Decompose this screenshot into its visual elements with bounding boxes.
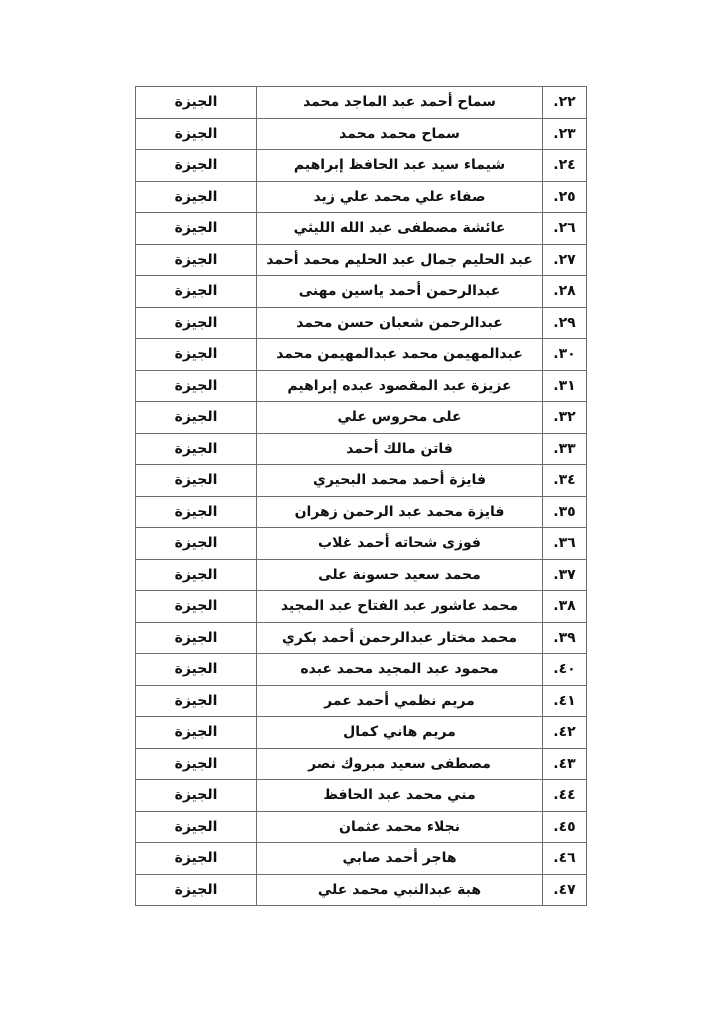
person-name: فايزة أحمد محمد البحيري (257, 465, 543, 497)
person-name: محمود عبد المجيد محمد عبده (257, 654, 543, 686)
row-number: ٢٧. (543, 244, 587, 276)
row-number: ٢٤. (543, 150, 587, 182)
governorate-cell: الجيزة (136, 402, 257, 434)
person-name: فوزى شحاته أحمد غلاب (257, 528, 543, 560)
person-name: فاتن مالك أحمد (257, 433, 543, 465)
governorate-cell: الجيزة (136, 496, 257, 528)
table-row: ٤٤.مني محمد عبد الحافظالجيزة (136, 780, 587, 812)
person-name: عبدالرحمن شعبان حسن محمد (257, 307, 543, 339)
row-number: ٣٣. (543, 433, 587, 465)
row-number: ٢٩. (543, 307, 587, 339)
person-name: هبة عبدالنبي محمد علي (257, 874, 543, 906)
person-name: سماح محمد محمد (257, 118, 543, 150)
table-row: ٢٥.صفاء علي محمد علي زيدالجيزة (136, 181, 587, 213)
row-number: ٣٠. (543, 339, 587, 371)
row-number: ٢٨. (543, 276, 587, 308)
governorate-cell: الجيزة (136, 150, 257, 182)
governorate-cell: الجيزة (136, 591, 257, 623)
governorate-cell: الجيزة (136, 465, 257, 497)
row-number: ٢٢. (543, 87, 587, 119)
governorate-cell: الجيزة (136, 276, 257, 308)
row-number: ٢٥. (543, 181, 587, 213)
governorate-cell: الجيزة (136, 118, 257, 150)
names-table-body: ٢٢.سماح أحمد عبد الماجد محمدالجيزة٢٣.سما… (136, 87, 587, 906)
table-row: ٣٣.فاتن مالك أحمدالجيزة (136, 433, 587, 465)
person-name: هاجر أحمد صابي (257, 843, 543, 875)
person-name: مريم هاني كمال (257, 717, 543, 749)
row-number: ٢٦. (543, 213, 587, 245)
governorate-cell: الجيزة (136, 717, 257, 749)
document-page: ٢٢.سماح أحمد عبد الماجد محمدالجيزة٢٣.سما… (0, 0, 720, 1018)
table-row: ٢٦.عائشة مصطفى عبد الله الليثيالجيزة (136, 213, 587, 245)
governorate-cell: الجيزة (136, 874, 257, 906)
table-row: ٢٨.عبدالرحمن أحمد ياسين مهنىالجيزة (136, 276, 587, 308)
person-name: عبد الحليم جمال عبد الحليم محمد أحمد (257, 244, 543, 276)
person-name: عزيزة عبد المقصود عبده إبراهيم (257, 370, 543, 402)
governorate-cell: الجيزة (136, 559, 257, 591)
table-row: ٤٣.مصطفى سعيد مبروك نصرالجيزة (136, 748, 587, 780)
row-number: ٤٦. (543, 843, 587, 875)
table-row: ٢٤.شيماء سيد عبد الحافظ إبراهيمالجيزة (136, 150, 587, 182)
row-number: ٢٣. (543, 118, 587, 150)
governorate-cell: الجيزة (136, 370, 257, 402)
governorate-cell: الجيزة (136, 244, 257, 276)
person-name: مصطفى سعيد مبروك نصر (257, 748, 543, 780)
table-row: ٣٠.عبدالمهيمن محمد عبدالمهيمن محمدالجيزة (136, 339, 587, 371)
governorate-cell: الجيزة (136, 307, 257, 339)
person-name: نجلاء محمد عثمان (257, 811, 543, 843)
person-name: عبدالرحمن أحمد ياسين مهنى (257, 276, 543, 308)
governorate-cell: الجيزة (136, 843, 257, 875)
row-number: ٤١. (543, 685, 587, 717)
governorate-cell: الجيزة (136, 181, 257, 213)
table-row: ٤١.مريم نظمي أحمد عمرالجيزة (136, 685, 587, 717)
person-name: سماح أحمد عبد الماجد محمد (257, 87, 543, 119)
table-row: ٢٧.عبد الحليم جمال عبد الحليم محمد أحمدا… (136, 244, 587, 276)
governorate-cell: الجيزة (136, 685, 257, 717)
governorate-cell: الجيزة (136, 339, 257, 371)
person-name: مني محمد عبد الحافظ (257, 780, 543, 812)
person-name: فايزة محمد عبد الرحمن زهران (257, 496, 543, 528)
table-row: ٣٥.فايزة محمد عبد الرحمن زهرانالجيزة (136, 496, 587, 528)
person-name: عائشة مصطفى عبد الله الليثي (257, 213, 543, 245)
table-row: ٤٧.هبة عبدالنبي محمد عليالجيزة (136, 874, 587, 906)
table-row: ٣١.عزيزة عبد المقصود عبده إبراهيمالجيزة (136, 370, 587, 402)
person-name: صفاء علي محمد علي زيد (257, 181, 543, 213)
table-row: ٣٧.محمد سعيد حسونة علىالجيزة (136, 559, 587, 591)
governorate-cell: الجيزة (136, 811, 257, 843)
table-row: ٢٩.عبدالرحمن شعبان حسن محمدالجيزة (136, 307, 587, 339)
row-number: ٤٣. (543, 748, 587, 780)
table-row: ٤٠.محمود عبد المجيد محمد عبدهالجيزة (136, 654, 587, 686)
governorate-cell: الجيزة (136, 654, 257, 686)
names-table: ٢٢.سماح أحمد عبد الماجد محمدالجيزة٢٣.سما… (135, 86, 587, 906)
table-row: ٣٤.فايزة أحمد محمد البحيريالجيزة (136, 465, 587, 497)
row-number: ٤٧. (543, 874, 587, 906)
governorate-cell: الجيزة (136, 748, 257, 780)
table-row: ٣٢.على محروس عليالجيزة (136, 402, 587, 434)
table-row: ٣٩.محمد مختار عبدالرحمن أحمد بكريالجيزة (136, 622, 587, 654)
row-number: ٣٥. (543, 496, 587, 528)
table-row: ٤٥.نجلاء محمد عثمانالجيزة (136, 811, 587, 843)
row-number: ٣٢. (543, 402, 587, 434)
row-number: ٤٠. (543, 654, 587, 686)
row-number: ٣٦. (543, 528, 587, 560)
table-row: ٤٦.هاجر أحمد صابيالجيزة (136, 843, 587, 875)
governorate-cell: الجيزة (136, 622, 257, 654)
row-number: ٣٩. (543, 622, 587, 654)
person-name: عبدالمهيمن محمد عبدالمهيمن محمد (257, 339, 543, 371)
table-row: ٢٣.سماح محمد محمدالجيزة (136, 118, 587, 150)
table-row: ٣٦.فوزى شحاته أحمد غلابالجيزة (136, 528, 587, 560)
row-number: ٣٨. (543, 591, 587, 623)
person-name: مريم نظمي أحمد عمر (257, 685, 543, 717)
person-name: محمد مختار عبدالرحمن أحمد بكري (257, 622, 543, 654)
row-number: ٣٧. (543, 559, 587, 591)
table-row: ٢٢.سماح أحمد عبد الماجد محمدالجيزة (136, 87, 587, 119)
governorate-cell: الجيزة (136, 87, 257, 119)
row-number: ٤٤. (543, 780, 587, 812)
governorate-cell: الجيزة (136, 780, 257, 812)
row-number: ٣١. (543, 370, 587, 402)
person-name: محمد عاشور عبد الفتاح عبد المجيد (257, 591, 543, 623)
person-name: محمد سعيد حسونة على (257, 559, 543, 591)
governorate-cell: الجيزة (136, 433, 257, 465)
row-number: ٤٢. (543, 717, 587, 749)
row-number: ٣٤. (543, 465, 587, 497)
governorate-cell: الجيزة (136, 213, 257, 245)
person-name: شيماء سيد عبد الحافظ إبراهيم (257, 150, 543, 182)
table-row: ٤٢.مريم هاني كمالالجيزة (136, 717, 587, 749)
governorate-cell: الجيزة (136, 528, 257, 560)
person-name: على محروس علي (257, 402, 543, 434)
table-row: ٣٨.محمد عاشور عبد الفتاح عبد المجيدالجيز… (136, 591, 587, 623)
row-number: ٤٥. (543, 811, 587, 843)
